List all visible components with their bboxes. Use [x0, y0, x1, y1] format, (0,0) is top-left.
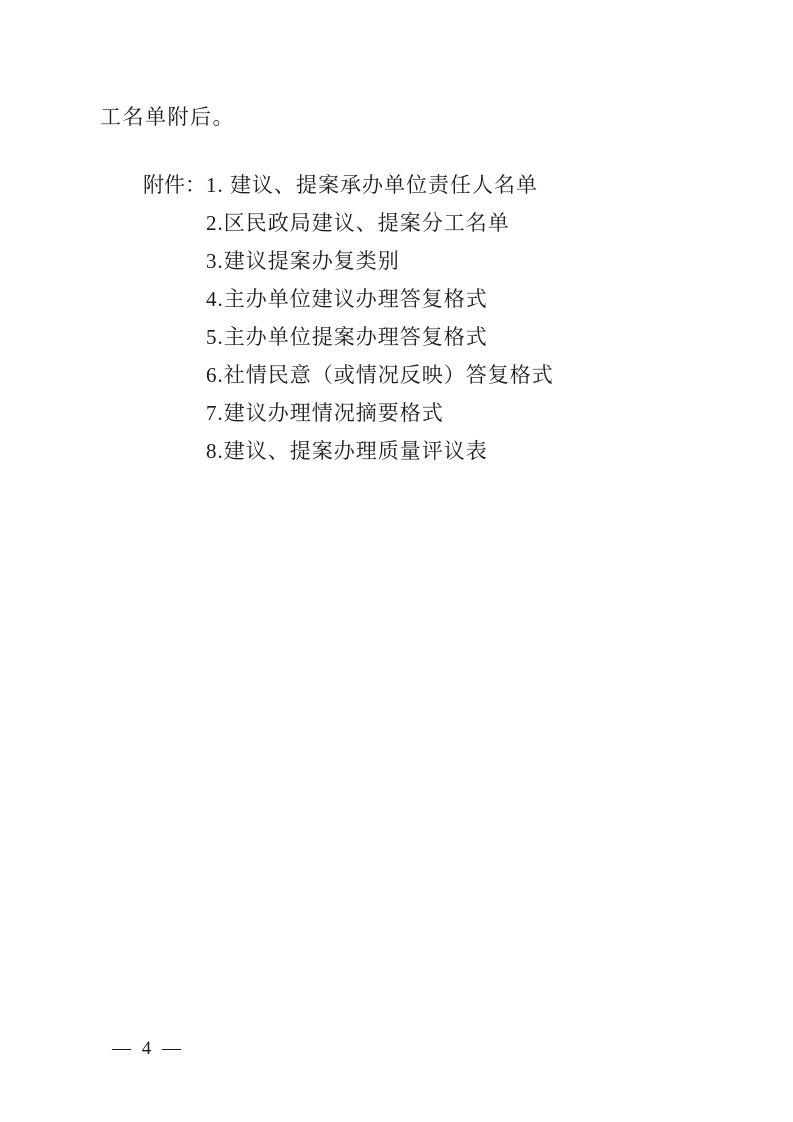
attachment-item-3: 3.建议提案办复类别 — [206, 249, 400, 273]
attachment-list: 附件：1. 建议、提案承办单位责任人名单 2.区民政局建议、提案分工名单 3.建… — [143, 166, 554, 470]
attachment-row: 8.建议、提案办理质量评议表 — [143, 432, 554, 470]
attachment-item-7: 7.建议办理情况摘要格式 — [206, 401, 444, 425]
attachment-row: 7.建议办理情况摘要格式 — [143, 394, 554, 432]
attachment-row: 2.区民政局建议、提案分工名单 — [143, 204, 554, 242]
attachment-item-6: 6.社情民意（或情况反映）答复格式 — [206, 363, 554, 387]
attachment-item-1: 1. 建议、提案承办单位责任人名单 — [206, 173, 538, 197]
attachment-row: 3.建议提案办复类别 — [143, 242, 554, 280]
attachment-item-4: 4.主办单位建议办理答复格式 — [206, 287, 488, 311]
attachment-row: 4.主办单位建议办理答复格式 — [143, 280, 554, 318]
attachment-item-2: 2.区民政局建议、提案分工名单 — [206, 211, 510, 235]
attachment-row: 5.主办单位提案办理答复格式 — [143, 318, 554, 356]
attachment-label: 附件： — [143, 166, 206, 204]
attachment-row: 附件：1. 建议、提案承办单位责任人名单 — [143, 166, 554, 204]
attachment-row: 6.社情民意（或情况反映）答复格式 — [143, 356, 554, 394]
attachment-item-8: 8.建议、提案办理质量评议表 — [206, 439, 488, 463]
document-page: 工名单附后。 附件：1. 建议、提案承办单位责任人名单 2.区民政局建议、提案分… — [0, 0, 793, 1122]
page-number: — 4 — — [112, 1038, 184, 1060]
body-text-line: 工名单附后。 — [100, 101, 235, 131]
attachment-item-5: 5.主办单位提案办理答复格式 — [206, 325, 488, 349]
